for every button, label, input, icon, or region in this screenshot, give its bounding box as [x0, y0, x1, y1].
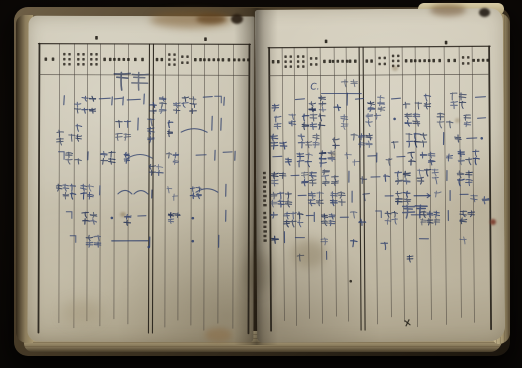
photo-of-open-ledger: C. — [0, 0, 522, 368]
ledger-right-page: C. — [255, 8, 505, 343]
ledger-left-page — [27, 16, 254, 343]
right-page-table: C. — [255, 8, 505, 343]
svg-text:C.: C. — [310, 82, 319, 92]
left-page-table — [27, 16, 254, 343]
